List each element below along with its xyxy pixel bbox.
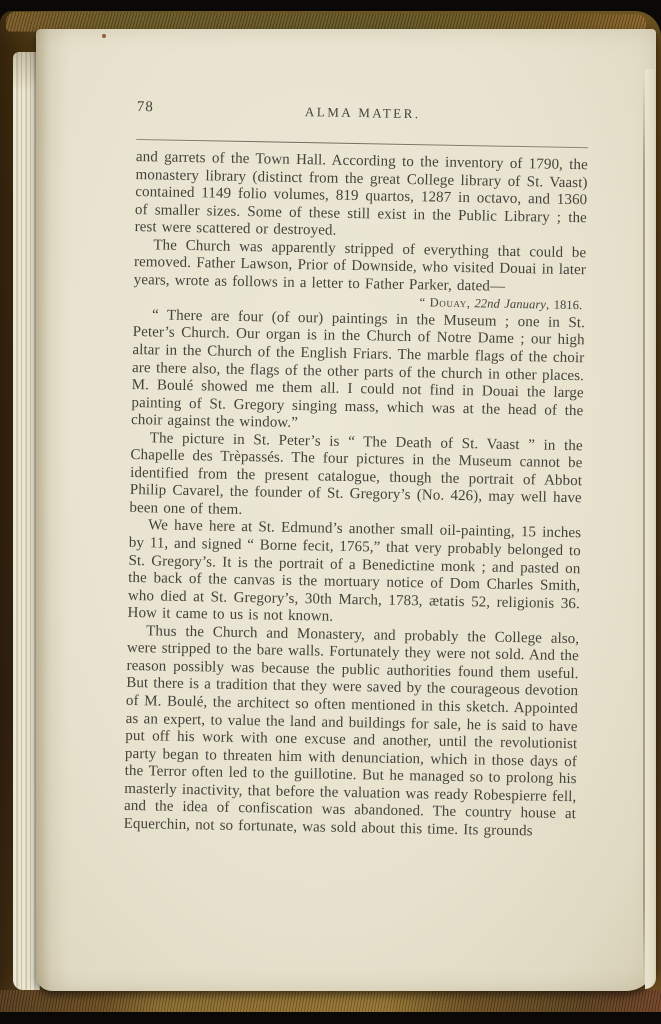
paragraph: We have here at St. Edmund’s another sma… bbox=[127, 517, 581, 631]
header-rule bbox=[136, 139, 588, 148]
fox-spot bbox=[102, 34, 106, 38]
gutter-shadow bbox=[36, 29, 70, 991]
paragraph: The Church was apparently stripped of ev… bbox=[134, 237, 587, 298]
page-crease bbox=[643, 79, 645, 979]
paragraph: The picture in St. Peter’s is “ The Deat… bbox=[129, 430, 583, 526]
dateline-place: Douay bbox=[430, 296, 467, 311]
paragraph: Thus the Church and Monastery, and proba… bbox=[124, 623, 580, 842]
dateline-year: , 1816. bbox=[546, 298, 583, 313]
body-text: and garrets of the Town Hall. According … bbox=[124, 149, 588, 841]
paragraph: “ There are four (of our) paintings in t… bbox=[131, 307, 585, 438]
book-cover-bottom-edge bbox=[0, 990, 661, 1012]
page-header: 78 ALMA MATER. bbox=[137, 99, 589, 128]
running-title: ALMA MATER. bbox=[137, 101, 589, 125]
next-page-sliver bbox=[645, 69, 656, 989]
dateline-date: 22nd January bbox=[474, 297, 546, 312]
book-page: 78 ALMA MATER. and garrets of the Town H… bbox=[36, 29, 656, 991]
page-content: 78 ALMA MATER. and garrets of the Town H… bbox=[124, 99, 589, 841]
book-photo: 78 ALMA MATER. and garrets of the Town H… bbox=[0, 0, 661, 1024]
paragraph-continuation: and garrets of the Town Hall. According … bbox=[134, 149, 588, 245]
